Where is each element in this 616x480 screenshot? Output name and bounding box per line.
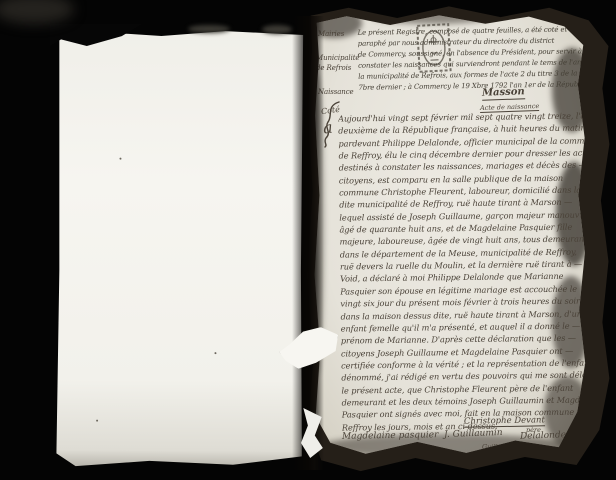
margin-note-refrois: de Refrois (316, 64, 351, 72)
edge-smudge (188, 25, 230, 33)
witness2-signature: J. Guillaumin (444, 428, 503, 440)
paper-speck (119, 158, 121, 160)
scan-corner-haze (0, 0, 74, 24)
margin-note-mairies: Mairies (318, 30, 344, 38)
preamble-paragraph: Le présent Registre, composé de quatre f… (358, 24, 587, 93)
left-blank-page (56, 29, 304, 468)
officer-signature: Delalonde (520, 430, 566, 442)
register-page: Mairies Municipalité de Refrois Naissanc… (314, 14, 586, 456)
margin-note-naissance: Naissance (318, 88, 354, 96)
margin-note-municipalite: Municipalité (316, 54, 359, 62)
paper-speck (96, 420, 98, 422)
edge-smudge (262, 25, 292, 34)
birth-act-text: Aujourd'hui vingt sept février mil sept … (338, 110, 588, 434)
witness1-signature: Magdelaine pasquier (342, 430, 439, 442)
paper-speck (214, 352, 216, 354)
administrator-signature: Masson (482, 86, 525, 100)
scanned-register-page: Mairies Municipalité de Refrois Naissanc… (0, 0, 616, 480)
